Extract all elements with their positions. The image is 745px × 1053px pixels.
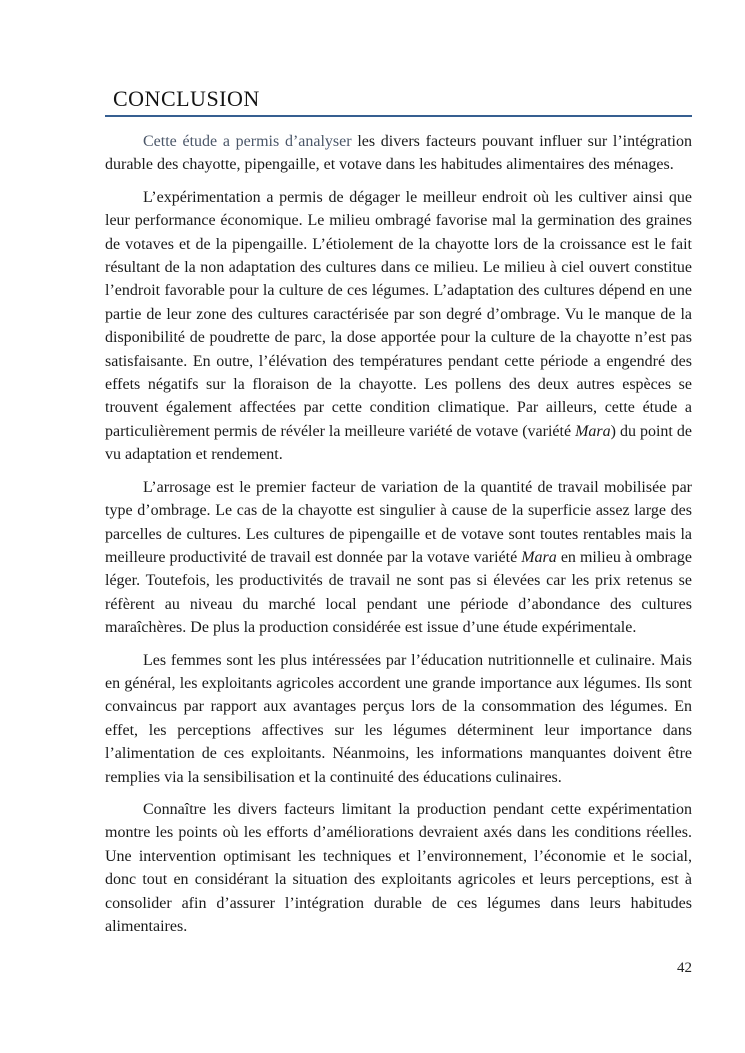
paragraph-run: Connaître les divers facteurs limitant l… — [105, 801, 692, 935]
page-content: CONCLUSION Cette étude a permis d’analys… — [105, 86, 692, 947]
paragraph: L’expérimentation a permis de dégager le… — [105, 186, 692, 467]
page-number: 42 — [677, 960, 692, 977]
body-text: Cette étude a permis d’analyser les dive… — [105, 130, 692, 938]
paragraph: Connaître les divers facteurs limitant l… — [105, 798, 692, 938]
document-page: CONCLUSION Cette étude a permis d’analys… — [0, 0, 745, 1053]
paragraph-run-italic: Mara — [521, 549, 557, 566]
paragraph: Les femmes sont les plus intéressées par… — [105, 649, 692, 789]
paragraph-run: L’expérimentation a permis de dégager le… — [105, 189, 692, 440]
paragraph-run: Cette étude a permis d’analyser — [143, 133, 357, 150]
paragraph-run-italic: Mara — [575, 423, 611, 440]
paragraph-run: Les femmes sont les plus intéressées par… — [105, 652, 692, 786]
section-heading: CONCLUSION — [105, 86, 692, 117]
paragraph: Cette étude a permis d’analyser les dive… — [105, 130, 692, 177]
paragraph: L’arrosage est le premier facteur de var… — [105, 476, 692, 640]
